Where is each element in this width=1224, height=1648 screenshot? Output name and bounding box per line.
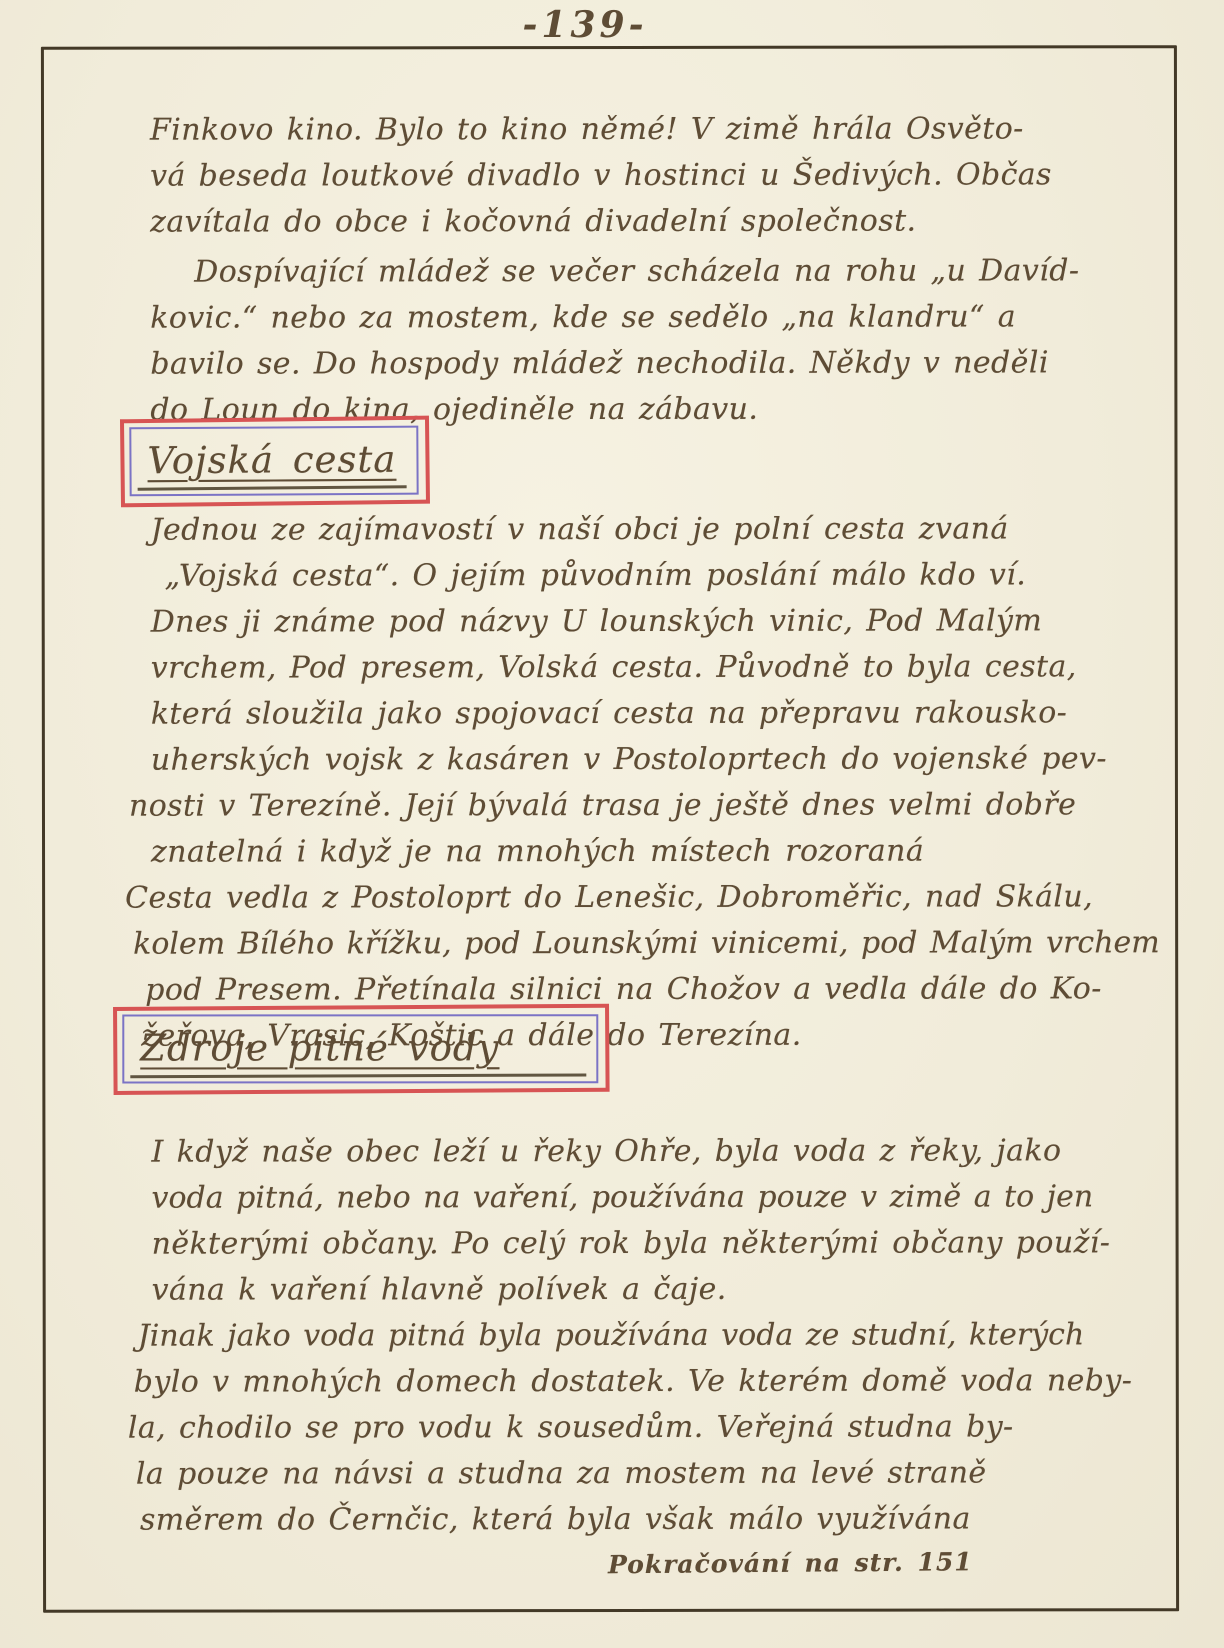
handwritten-line: vána k vaření hlavně polívek a čaje. [152,1266,1182,1313]
handwritten-line: „Vojská cesta“. O jejím původním poslání… [165,552,1181,599]
handwritten-line: bylo v mnohých domech dostatek. Ve které… [134,1358,1182,1405]
handwritten-line: vá beseda loutkové divadlo v hostinci u … [150,152,1180,199]
handwritten-line: Jednou ze zajímavostí v naší obci je pol… [151,506,1181,553]
heading-box-blue-zdroje: Zdroje pitné vody [122,1014,598,1083]
heading-box-red-vojska-cesta: Vojská cesta [120,416,430,508]
section-heading-vojska-cesta: Vojská cesta [147,438,396,482]
handwritten-line: kolem Bílého křížku, pod Lounskými vinic… [133,920,1181,967]
paragraph-zdroje: I když naše obec leží u řeky Ohře, byla … [151,1128,1182,1543]
handwritten-line: bavilo se. Do hospody mládež nechodila. … [150,340,1180,387]
handwritten-line: la, chodilo se pro vodu k sousedům. Veře… [128,1404,1182,1451]
handwritten-line: la pouze na návsi a studna za mostem na … [136,1450,1182,1497]
handwritten-line: Dnes ji známe pod názvy U lounských vini… [151,598,1181,645]
handwritten-line: uherských vojsk z kasáren v Postoloprtec… [151,736,1181,783]
page-number: -139- [0,4,1170,46]
paragraph-vojska-cesta: Jednou ze zajímavostí v naší obci je pol… [151,506,1182,1059]
paragraph-kino: Finkovo kino. Bylo to kino němé! V zimě … [150,106,1180,245]
handwritten-line: která sloužila jako spojovací cesta na p… [151,690,1181,737]
handwritten-line: Jinak jako voda pitná byla používána vod… [138,1312,1182,1359]
handwritten-line: nosti v Terezíně. Její bývalá trasa je j… [129,782,1181,829]
handwritten-line: I když naše obec leží u řeky Ohře, byla … [151,1128,1181,1175]
handwritten-line: zavítala do obce i kočovná divadelní spo… [150,198,1180,245]
paragraph-mladez: Dospívající mládež se večer scházela na … [150,248,1180,433]
page-frame: Finkovo kino. Bylo to kino němé! V zimě … [41,45,1179,1613]
handwritten-line: některými občany. Po celý rok byla někte… [152,1220,1182,1267]
handwritten-line: Cesta vedla z Postoloprt do Lenešic, Dob… [125,874,1181,921]
continuation-note: Pokračování na str. 151 [608,1547,973,1579]
section-heading-zdroje-pitne-vody: Zdroje pitné vody [140,1026,499,1069]
handwritten-line: Finkovo kino. Bylo to kino němé! V zimě … [150,106,1180,153]
heading-box-red-zdroje: Zdroje pitné vody [113,1004,610,1095]
handwritten-line: vrchem, Pod presem, Volská cesta. Původn… [151,644,1181,691]
handwritten-line: kovic.“ nebo za mostem, kde se sedělo „n… [150,294,1180,341]
handwritten-line: Dospívající mládež se večer scházela na … [194,248,1180,295]
handwritten-line: znatelná i když je na mnohých místech ro… [151,828,1181,875]
handwritten-line: voda pitná, nebo na vaření, používána po… [151,1174,1181,1221]
handwritten-line: směrem do Černčic, která byla však málo … [140,1496,1182,1543]
heading-box-blue-vojska-cesta: Vojská cesta [129,426,418,497]
